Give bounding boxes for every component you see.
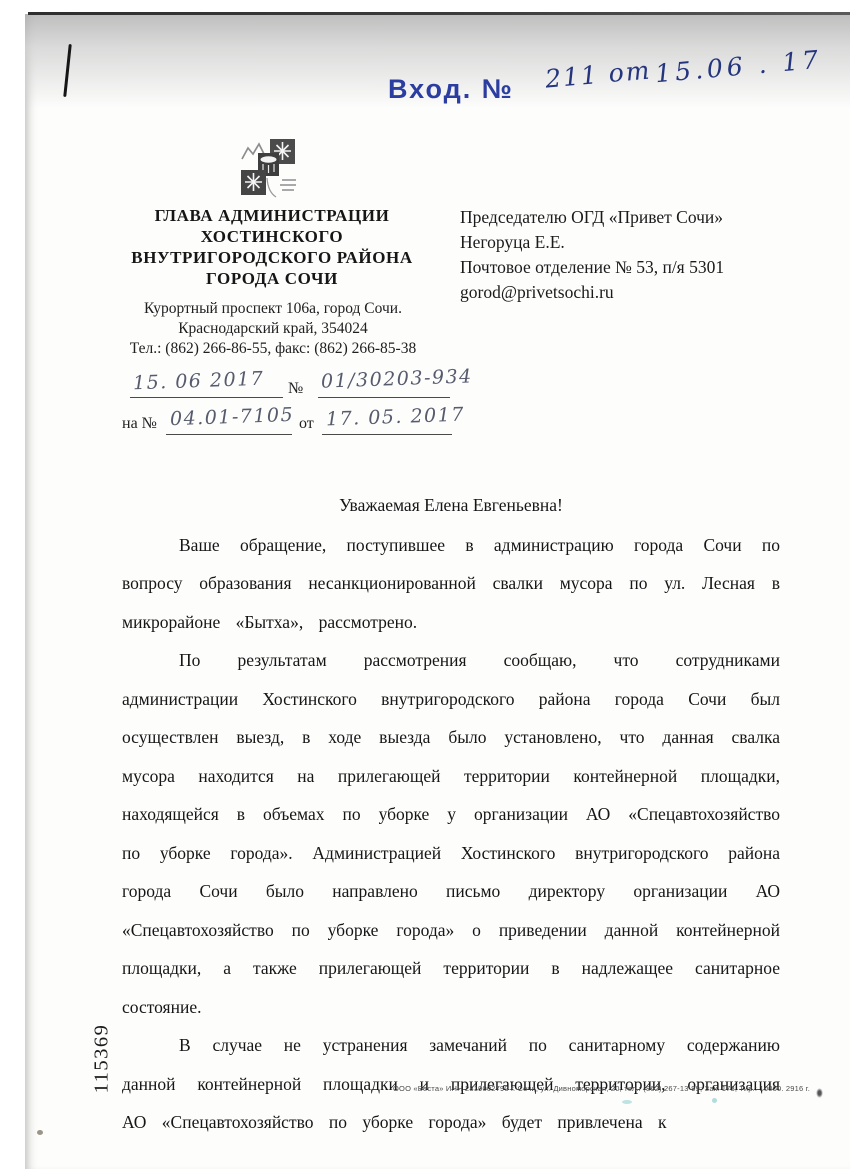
letter-body: Уважаемая Елена Евгеньевна! Ваше обращен… bbox=[122, 486, 780, 1142]
recipient-email: gorod@privetsochi.ru bbox=[460, 280, 830, 305]
paragraph: По результатам рассмотрения сообщаю, что… bbox=[122, 641, 780, 1026]
reply-to-label: на № bbox=[122, 415, 157, 433]
salutation: Уважаемая Елена Евгеньевна! bbox=[122, 486, 780, 525]
address-line: Краснодарский край, 354024 bbox=[108, 319, 438, 339]
recipient-block: Председателю ОГД «Привет Сочи» Негоруца … bbox=[460, 205, 830, 305]
scan-speck bbox=[712, 1098, 717, 1103]
reply-from-label: от bbox=[299, 415, 314, 433]
letterhead-address: Курортный проспект 106а, город Сочи. Кра… bbox=[108, 299, 438, 359]
recipient-name: Негоруца Е.Е. bbox=[460, 230, 830, 255]
number-label: № bbox=[288, 380, 303, 398]
address-line: Курортный проспект 106а, город Сочи. bbox=[108, 299, 438, 319]
paragraph: Ваше обращение, поступившее в администра… bbox=[122, 526, 780, 642]
vertical-page-number: 115369 bbox=[60, 1016, 144, 1100]
org-line: ХОСТИНСКОГО bbox=[112, 226, 432, 247]
reply-date-underline bbox=[322, 411, 452, 435]
scan-top-edge bbox=[28, 12, 850, 15]
scan-smudge bbox=[816, 1088, 823, 1098]
outgoing-date-underline bbox=[130, 374, 283, 398]
outgoing-number-underline bbox=[318, 374, 450, 398]
scan-speck bbox=[622, 1100, 632, 1104]
org-line: ГЛАВА АДМИНИСТРАЦИИ bbox=[112, 205, 432, 226]
sochi-emblem-icon bbox=[238, 136, 300, 207]
letterhead-org-name: ГЛАВА АДМИНИСТРАЦИИ ХОСТИНСКОГО ВНУТРИГО… bbox=[112, 205, 432, 289]
reply-number-underline bbox=[166, 411, 292, 435]
address-line: Тел.: (862) 266-86-55, факс: (862) 266-8… bbox=[108, 339, 438, 359]
org-line: ГОРОДА СОЧИ bbox=[112, 268, 432, 289]
printing-house-line: ООО «Веста» ИНН 2319002790 г. Сочи, ул. … bbox=[393, 1084, 810, 1093]
ink-dot bbox=[37, 1130, 43, 1135]
incoming-stamp-label: Вход. № bbox=[388, 74, 514, 105]
org-line: ВНУТРИГОРОДСКОГО РАЙОНА bbox=[112, 247, 432, 268]
recipient-title: Председателю ОГД «Привет Сочи» bbox=[460, 205, 830, 230]
recipient-postal: Почтовое отделение № 53, п/я 5301 bbox=[460, 255, 830, 280]
